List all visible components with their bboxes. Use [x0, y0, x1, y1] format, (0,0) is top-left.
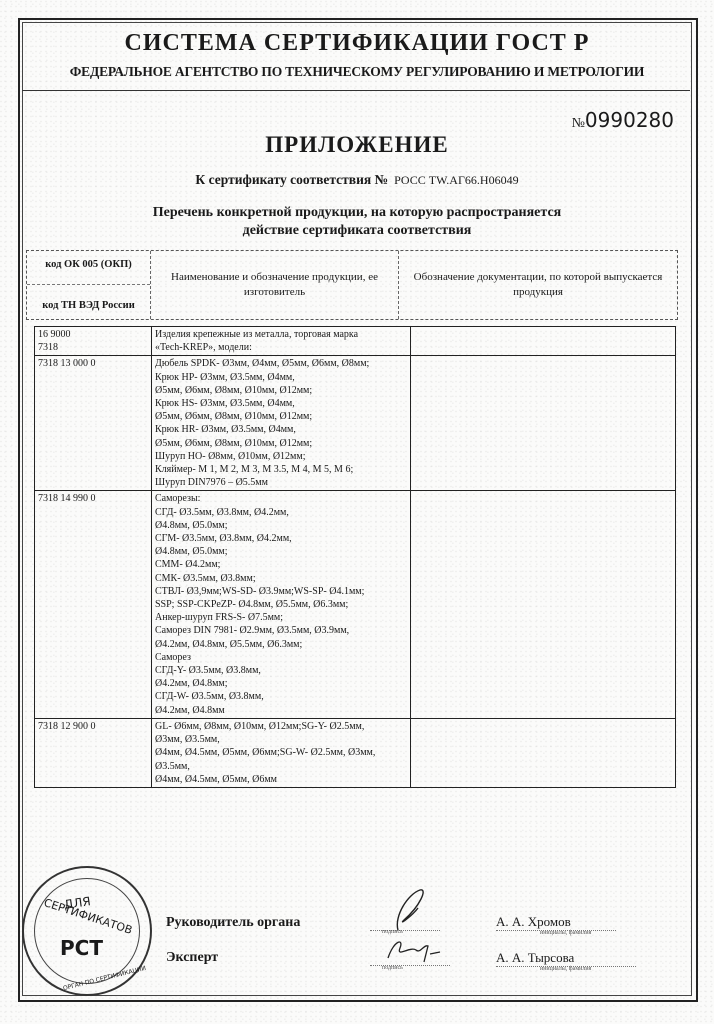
cell-name-line: Анкер-шуруп FRS-S- Ø7.5мм; — [155, 611, 407, 624]
cell-code-line: 16 9000 — [38, 328, 148, 341]
table-row: 7318 12 900 0GL- Ø6мм, Ø8мм, Ø10мм, Ø12м… — [35, 718, 676, 787]
head-signature — [390, 886, 430, 934]
expert-name-caption: инициалы, фамилия — [540, 966, 591, 972]
table-row: 7318 13 000 0Дюбель SPDK- Ø3мм, Ø4мм, Ø5… — [35, 356, 676, 491]
certificate-label: К сертификату соответствия № — [195, 172, 388, 187]
cell-name-line: СМК- Ø3.5мм, Ø3.8мм; — [155, 572, 407, 585]
head-label: Руководитель органа — [166, 915, 300, 931]
expert-name: А. А. Тырсова — [496, 950, 574, 966]
cell-name-line: Саморез DIN 7981- Ø2.9мм, Ø3.5мм, Ø3.9мм… — [155, 624, 407, 637]
cell-code-line: 7318 12 900 0 — [38, 720, 148, 733]
cell-code: 7318 12 900 0 — [35, 718, 152, 787]
cell-name-line: Ø4.2мм, Ø4.8мм, Ø5.5мм, Ø6.3мм; — [155, 638, 407, 651]
cell-name-line: Ø4.2мм, Ø4.8мм; — [155, 677, 407, 690]
header-code-divider — [27, 284, 150, 285]
cell-name-line: СГД-W- Ø3.5мм, Ø3.8мм, — [155, 690, 407, 703]
header-docs: Обозначение документации, по которой вып… — [399, 251, 677, 319]
cell-name-line: Саморез — [155, 651, 407, 664]
cell-name-line: Шуруп DIN7976 – Ø5.5мм — [155, 476, 407, 489]
header-divider — [22, 90, 690, 91]
appendix-title: ПРИЛОЖЕНИЕ — [0, 132, 714, 158]
stamp-logo: РСТ — [60, 936, 103, 960]
head-name: А. А. Хромов — [496, 914, 571, 930]
expert-label: Эксперт — [166, 950, 218, 966]
number-value: 0990280 — [585, 108, 674, 132]
table-row: 7318 14 990 0Саморезы:СГД- Ø3.5мм, Ø3.8м… — [35, 491, 676, 718]
table-row: 16 90007318Изделия крепежные из металла,… — [35, 327, 676, 356]
cell-name-line: Ø5мм, Ø6мм, Ø8мм, Ø10мм, Ø12мм; — [155, 437, 407, 450]
number-sign: № — [572, 116, 585, 131]
cell-name: Изделия крепежные из металла, торговая м… — [152, 327, 411, 356]
expert-signature — [384, 936, 444, 966]
list-title-line1: Перечень конкретной продукции, на котору… — [0, 204, 714, 222]
cell-docs — [411, 718, 676, 787]
cell-name-line: Крюк HS- Ø3мм, Ø3.5мм, Ø4мм, — [155, 397, 407, 410]
header-codes: код ОК 005 (ОКП) код ТН ВЭД России — [27, 251, 151, 319]
certification-stamp: ДЛЯ СЕРТИФИКАТОВ РСТ ОРГАН ПО СЕРТИФИКАЦ… — [22, 866, 152, 996]
system-title: СИСТЕМА СЕРТИФИКАЦИИ ГОСТ Р — [0, 30, 714, 57]
cell-name-line: СГД-Y- Ø3.5мм, Ø3.8мм, — [155, 664, 407, 677]
cell-name-line: Крюк HP- Ø3мм, Ø3.5мм, Ø4мм, — [155, 371, 407, 384]
cell-name-line: Ø3мм, Ø3.5мм, — [155, 733, 407, 746]
cell-name-line: Ø4мм, Ø4.5мм, Ø5мм, Ø6мм — [155, 773, 407, 786]
cell-name: GL- Ø6мм, Ø8мм, Ø10мм, Ø12мм;SG-Y- Ø2.5м… — [152, 718, 411, 787]
cell-name-line: Ø4.8мм, Ø5.0мм; — [155, 519, 407, 532]
cell-code: 7318 14 990 0 — [35, 491, 152, 718]
cell-name-line: Ø5мм, Ø6мм, Ø8мм, Ø10мм, Ø12мм; — [155, 384, 407, 397]
table-header: код ОК 005 (ОКП) код ТН ВЭД России Наиме… — [26, 250, 678, 320]
cell-name-line: СММ- Ø4.2мм; — [155, 558, 407, 571]
agency-title: ФЕДЕРАЛЬНОЕ АГЕНТСТВО ПО ТЕХНИЧЕСКОМУ РЕ… — [0, 64, 714, 80]
cell-name-line: Дюбель SPDK- Ø3мм, Ø4мм, Ø5мм, Ø6мм, Ø8м… — [155, 357, 407, 370]
cell-code: 16 90007318 — [35, 327, 152, 356]
cell-code-line: 7318 — [38, 341, 148, 354]
cell-name-line: СГД- Ø3.5мм, Ø3.8мм, Ø4.2мм, — [155, 506, 407, 519]
cell-code-line: 7318 13 000 0 — [38, 357, 148, 370]
cell-name-line: СГМ- Ø3.5мм, Ø3.8мм, Ø4.2мм, — [155, 532, 407, 545]
certificate-number: РОСС TW.АГ66.Н06049 — [394, 173, 518, 187]
header-code-okp: код ОК 005 (ОКП) — [45, 257, 132, 272]
form-number: №0990280 — [572, 108, 674, 132]
cell-name-line: GL- Ø6мм, Ø8мм, Ø10мм, Ø12мм;SG-Y- Ø2.5м… — [155, 720, 407, 733]
cell-name-line: Изделия крепежные из металла, торговая м… — [155, 328, 407, 341]
cell-name-line: Кляймер- M 1, M 2, M 3, M 3.5, M 4, M 5,… — [155, 463, 407, 476]
header-name: Наименование и обозначение продукции, ее… — [151, 251, 399, 319]
cell-docs — [411, 356, 676, 491]
cell-name: Саморезы:СГД- Ø3.5мм, Ø3.8мм, Ø4.2мм,Ø4.… — [152, 491, 411, 718]
list-title: Перечень конкретной продукции, на котору… — [0, 204, 714, 240]
cell-docs — [411, 327, 676, 356]
cell-docs — [411, 491, 676, 718]
cell-name-line: «Tech-KREP», модели: — [155, 341, 407, 354]
expert-signature-caption: подпись — [382, 965, 403, 971]
head-signature-line — [370, 930, 440, 931]
cell-name-line: Шуруп HO- Ø8мм, Ø10мм, Ø12мм; — [155, 450, 407, 463]
cell-name-line: SSP; SSP-CKPeZP- Ø4.8мм, Ø5.5мм, Ø6.3мм; — [155, 598, 407, 611]
cell-code: 7318 13 000 0 — [35, 356, 152, 491]
cell-name-line: Ø3.5мм, — [155, 760, 407, 773]
cell-code-line: 7318 14 990 0 — [38, 492, 148, 505]
head-signature-caption: подпись — [382, 929, 403, 935]
cell-name-line: СТВЛ- Ø3,9мм;WS-SD- Ø3.9мм;WS-SP- Ø4.1мм… — [155, 585, 407, 598]
cell-name-line: Ø5мм, Ø6мм, Ø8мм, Ø10мм, Ø12мм; — [155, 410, 407, 423]
cell-name-line: Саморезы: — [155, 492, 407, 505]
certificate-line: К сертификату соответствия №РОСС TW.АГ66… — [0, 172, 714, 188]
cell-name-line: Крюк HR- Ø3мм, Ø3.5мм, Ø4мм, — [155, 423, 407, 436]
products-table: 16 90007318Изделия крепежные из металла,… — [34, 326, 676, 788]
cell-name: Дюбель SPDK- Ø3мм, Ø4мм, Ø5мм, Ø6мм, Ø8м… — [152, 356, 411, 491]
cell-name-line: Ø4.8мм, Ø5.0мм; — [155, 545, 407, 558]
cell-name-line: Ø4мм, Ø4.5мм, Ø5мм, Ø6мм;SG-W- Ø2.5мм, Ø… — [155, 746, 407, 759]
head-name-caption: инициалы, фамилия — [540, 930, 591, 936]
header-code-tnved: код ТН ВЭД России — [42, 298, 135, 313]
cell-name-line: Ø4.2мм, Ø4.8мм — [155, 704, 407, 717]
list-title-line2: действие сертификата соответствия — [0, 222, 714, 240]
